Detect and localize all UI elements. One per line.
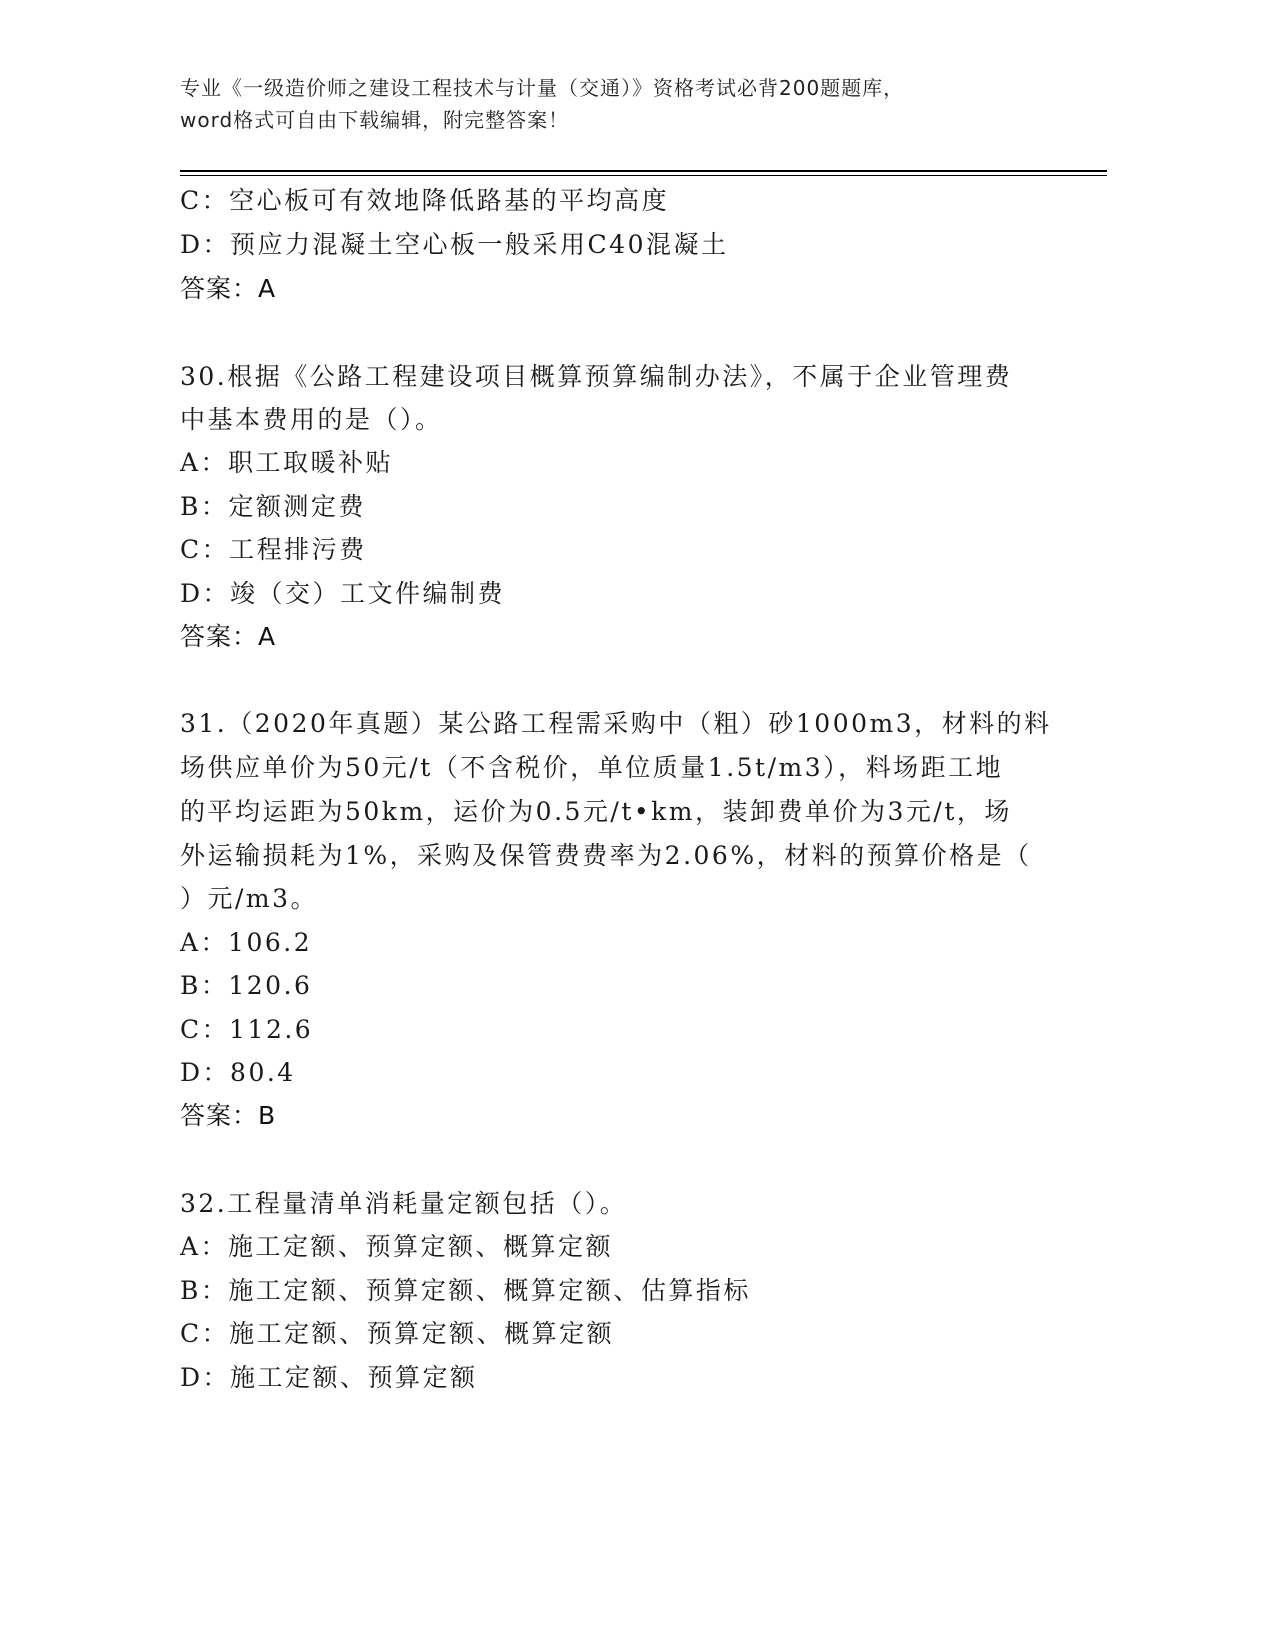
header-divider-thick [180, 170, 1107, 172]
q31-stem-line-2: 场供应单价为50元/t（不含税价，单位质量1.5t/m3），料场距工地 [180, 753, 1003, 783]
q32-stem-line-1: 32.工程量清单消耗量定额包括（）。 [180, 1189, 627, 1219]
q31-option-b: B：120.6 [180, 971, 312, 1001]
page-header: 专业《一级造价师之建设工程技术与计量（交通）》资格考试必背200题题库， wor… [180, 72, 1060, 136]
header-title-line-1: 专业《一级造价师之建设工程技术与计量（交通）》资格考试必背200题题库， [180, 72, 1060, 104]
q29-option-c: C：空心板可有效地降低路基的平均高度 [180, 186, 669, 216]
document-page: 专业《一级造价师之建设工程技术与计量（交通）》资格考试必背200题题库， wor… [0, 0, 1275, 1650]
q29-option-d: D：预应力混凝土空心板一般采用C40混凝土 [180, 230, 729, 260]
q31-option-a: A：106.2 [180, 928, 312, 958]
q31-stem-line-5: ）元/m3。 [180, 884, 318, 914]
q31-answer: 答案：B [180, 1101, 276, 1131]
header-divider-thin [180, 175, 1107, 176]
q32-option-c: C：施工定额、预算定额、概算定额 [180, 1319, 614, 1349]
q30-option-a: A：职工取暖补贴 [180, 448, 393, 478]
q32-option-b: B：施工定额、预算定额、概算定额、估算指标 [180, 1276, 751, 1306]
q30-stem-line-2: 中基本费用的是（）。 [180, 405, 443, 435]
q31-stem-line-3: 的平均运距为50km，运价为0.5元/t•km，装卸费单价为3元/t，场 [180, 797, 1012, 827]
q32-option-d: D：施工定额、预算定额 [180, 1363, 478, 1393]
q30-stem-line-1: 30.根据《公路工程建设项目概算预算编制办法》，不属于企业管理费 [180, 362, 1012, 392]
q32-option-a: A：施工定额、预算定额、概算定额 [180, 1232, 613, 1262]
q31-option-c: C：112.6 [180, 1015, 313, 1045]
q29-answer: 答案：A [180, 274, 276, 304]
q31-stem-line-1: 31.（2020年真题）某公路工程需采购中（粗）砂1000m3，材料的料 [180, 709, 1052, 739]
q31-option-d: D：80.4 [180, 1058, 296, 1088]
q30-option-b: B：定额测定费 [180, 492, 366, 522]
header-title-line-2: word格式可自由下载编辑，附完整答案！ [180, 104, 1060, 136]
q30-option-c: C：工程排污费 [180, 535, 367, 565]
q30-option-d: D：竣（交）工文件编制费 [180, 579, 505, 609]
q30-answer: 答案：A [180, 622, 276, 652]
q31-stem-line-4: 外运输损耗为1%，采购及保管费费率为2.06%，材料的预算价格是（ [180, 841, 1032, 871]
